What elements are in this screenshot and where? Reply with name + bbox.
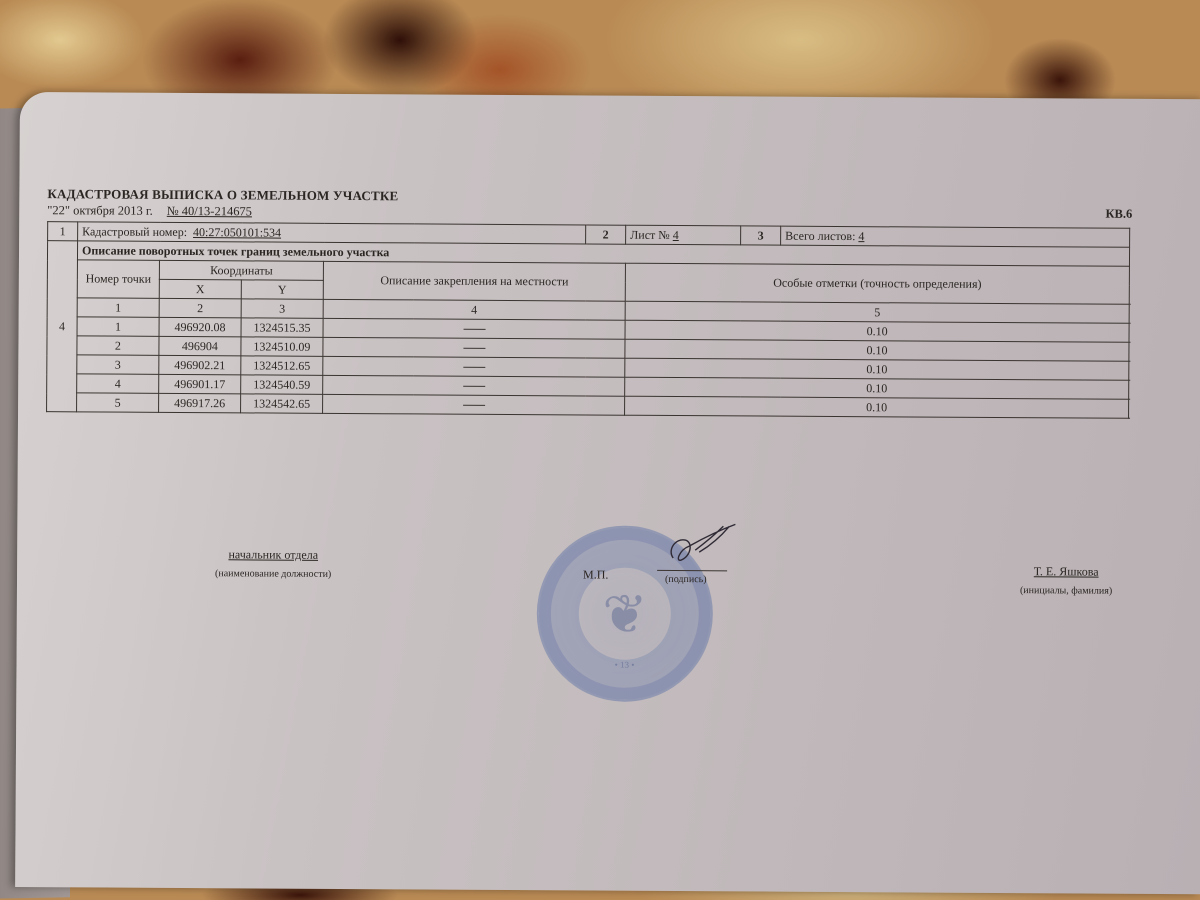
col-point-number: Номер точки: [77, 260, 159, 299]
col-x: X: [159, 279, 241, 299]
col-num-3: 3: [241, 299, 323, 319]
coord-y: 1324540.59: [241, 375, 323, 395]
point-number: 3: [77, 355, 159, 375]
coat-of-arms-icon: ❦: [589, 579, 661, 649]
sheet-number-cell: Лист № 4: [626, 225, 741, 245]
dash-mark: [463, 386, 485, 387]
col-special-marks: Особые отметки (точность определения): [625, 263, 1129, 304]
sheet-number: 4: [673, 227, 679, 241]
position-caption: (наименование должности): [215, 568, 331, 580]
seal-label: М.П.: [583, 567, 608, 582]
col-num-2: 2: [159, 298, 241, 318]
form-code: КВ.6: [1105, 207, 1132, 222]
point-number: 1: [77, 317, 159, 337]
total-sheets-cell: Всего листов: 4: [781, 226, 1130, 247]
fixing-description: [323, 337, 625, 358]
total-index: 3: [741, 226, 781, 245]
signer-block: Т. Е. Яшкова (инициалы, фамилия): [1020, 564, 1112, 597]
handwritten-signature-icon: [663, 520, 743, 570]
boundary-points-table: 1 Кадастровый номер: 40:27:050101:534 2 …: [46, 221, 1130, 419]
coord-y: 1324510.09: [241, 337, 323, 357]
total-sheets: 4: [858, 229, 864, 243]
stamp-number: • 13 •: [538, 659, 710, 670]
signer-caption: (инициалы, фамилия): [1020, 585, 1112, 597]
cadastral-number: 40:27:050101:534: [193, 225, 281, 240]
document-number: № 40/13-214675: [167, 204, 252, 220]
sheet-label: Лист №: [630, 227, 670, 241]
fixing-description: [323, 318, 625, 339]
accuracy: 0.10: [625, 396, 1129, 418]
point-number: 2: [77, 336, 159, 356]
dash-mark: [463, 329, 485, 330]
sheet-index: 2: [586, 225, 626, 244]
fixing-description: [323, 356, 625, 377]
cadastral-label: Кадастровый номер:: [82, 224, 187, 239]
coord-y: 1324515.35: [241, 318, 323, 338]
fixing-description: [323, 375, 625, 396]
col-num-1: 1: [77, 298, 159, 318]
coord-x: 496920.08: [159, 317, 241, 337]
total-label: Всего листов:: [785, 228, 855, 242]
coord-x: 496917.26: [159, 393, 241, 413]
document-sheet: КАДАСТРОВАЯ ВЫПИСКА О ЗЕМЕЛЬНОМ УЧАСТКЕ …: [15, 92, 1200, 894]
point-number: 4: [77, 374, 159, 394]
point-number: 5: [77, 393, 159, 413]
coord-x: 496901.17: [159, 374, 241, 394]
coord-x: 496902.21: [159, 355, 241, 375]
col-fixing-description: Описание закрепления на местности: [323, 261, 625, 301]
position-block: начальник отдела (наименование должности…: [215, 547, 331, 580]
coord-y: 1324512.65: [241, 356, 323, 376]
section-index: 4: [47, 241, 78, 412]
signature-block: (подпись): [665, 574, 707, 585]
dash-mark: [463, 367, 485, 368]
document-date: "22" октября 2013 г.: [47, 203, 153, 219]
dash-mark: [463, 405, 485, 406]
coord-x: 496904: [159, 336, 241, 356]
position-title: начальник отдела: [215, 547, 331, 563]
signature-caption: (подпись): [665, 574, 707, 585]
col-num-4: 4: [323, 299, 625, 320]
col-coordinates: Координаты: [159, 260, 323, 280]
col-y: Y: [241, 280, 323, 300]
fixing-description: [323, 394, 625, 415]
cadastral-extract: КАДАСТРОВАЯ ВЫПИСКА О ЗЕМЕЛЬНОМ УЧАСТКЕ …: [46, 186, 1132, 419]
coord-y: 1324542.65: [241, 394, 323, 414]
dash-mark: [463, 348, 485, 349]
signer-name: Т. Е. Яшкова: [1020, 564, 1112, 580]
row-index: 1: [48, 222, 78, 241]
